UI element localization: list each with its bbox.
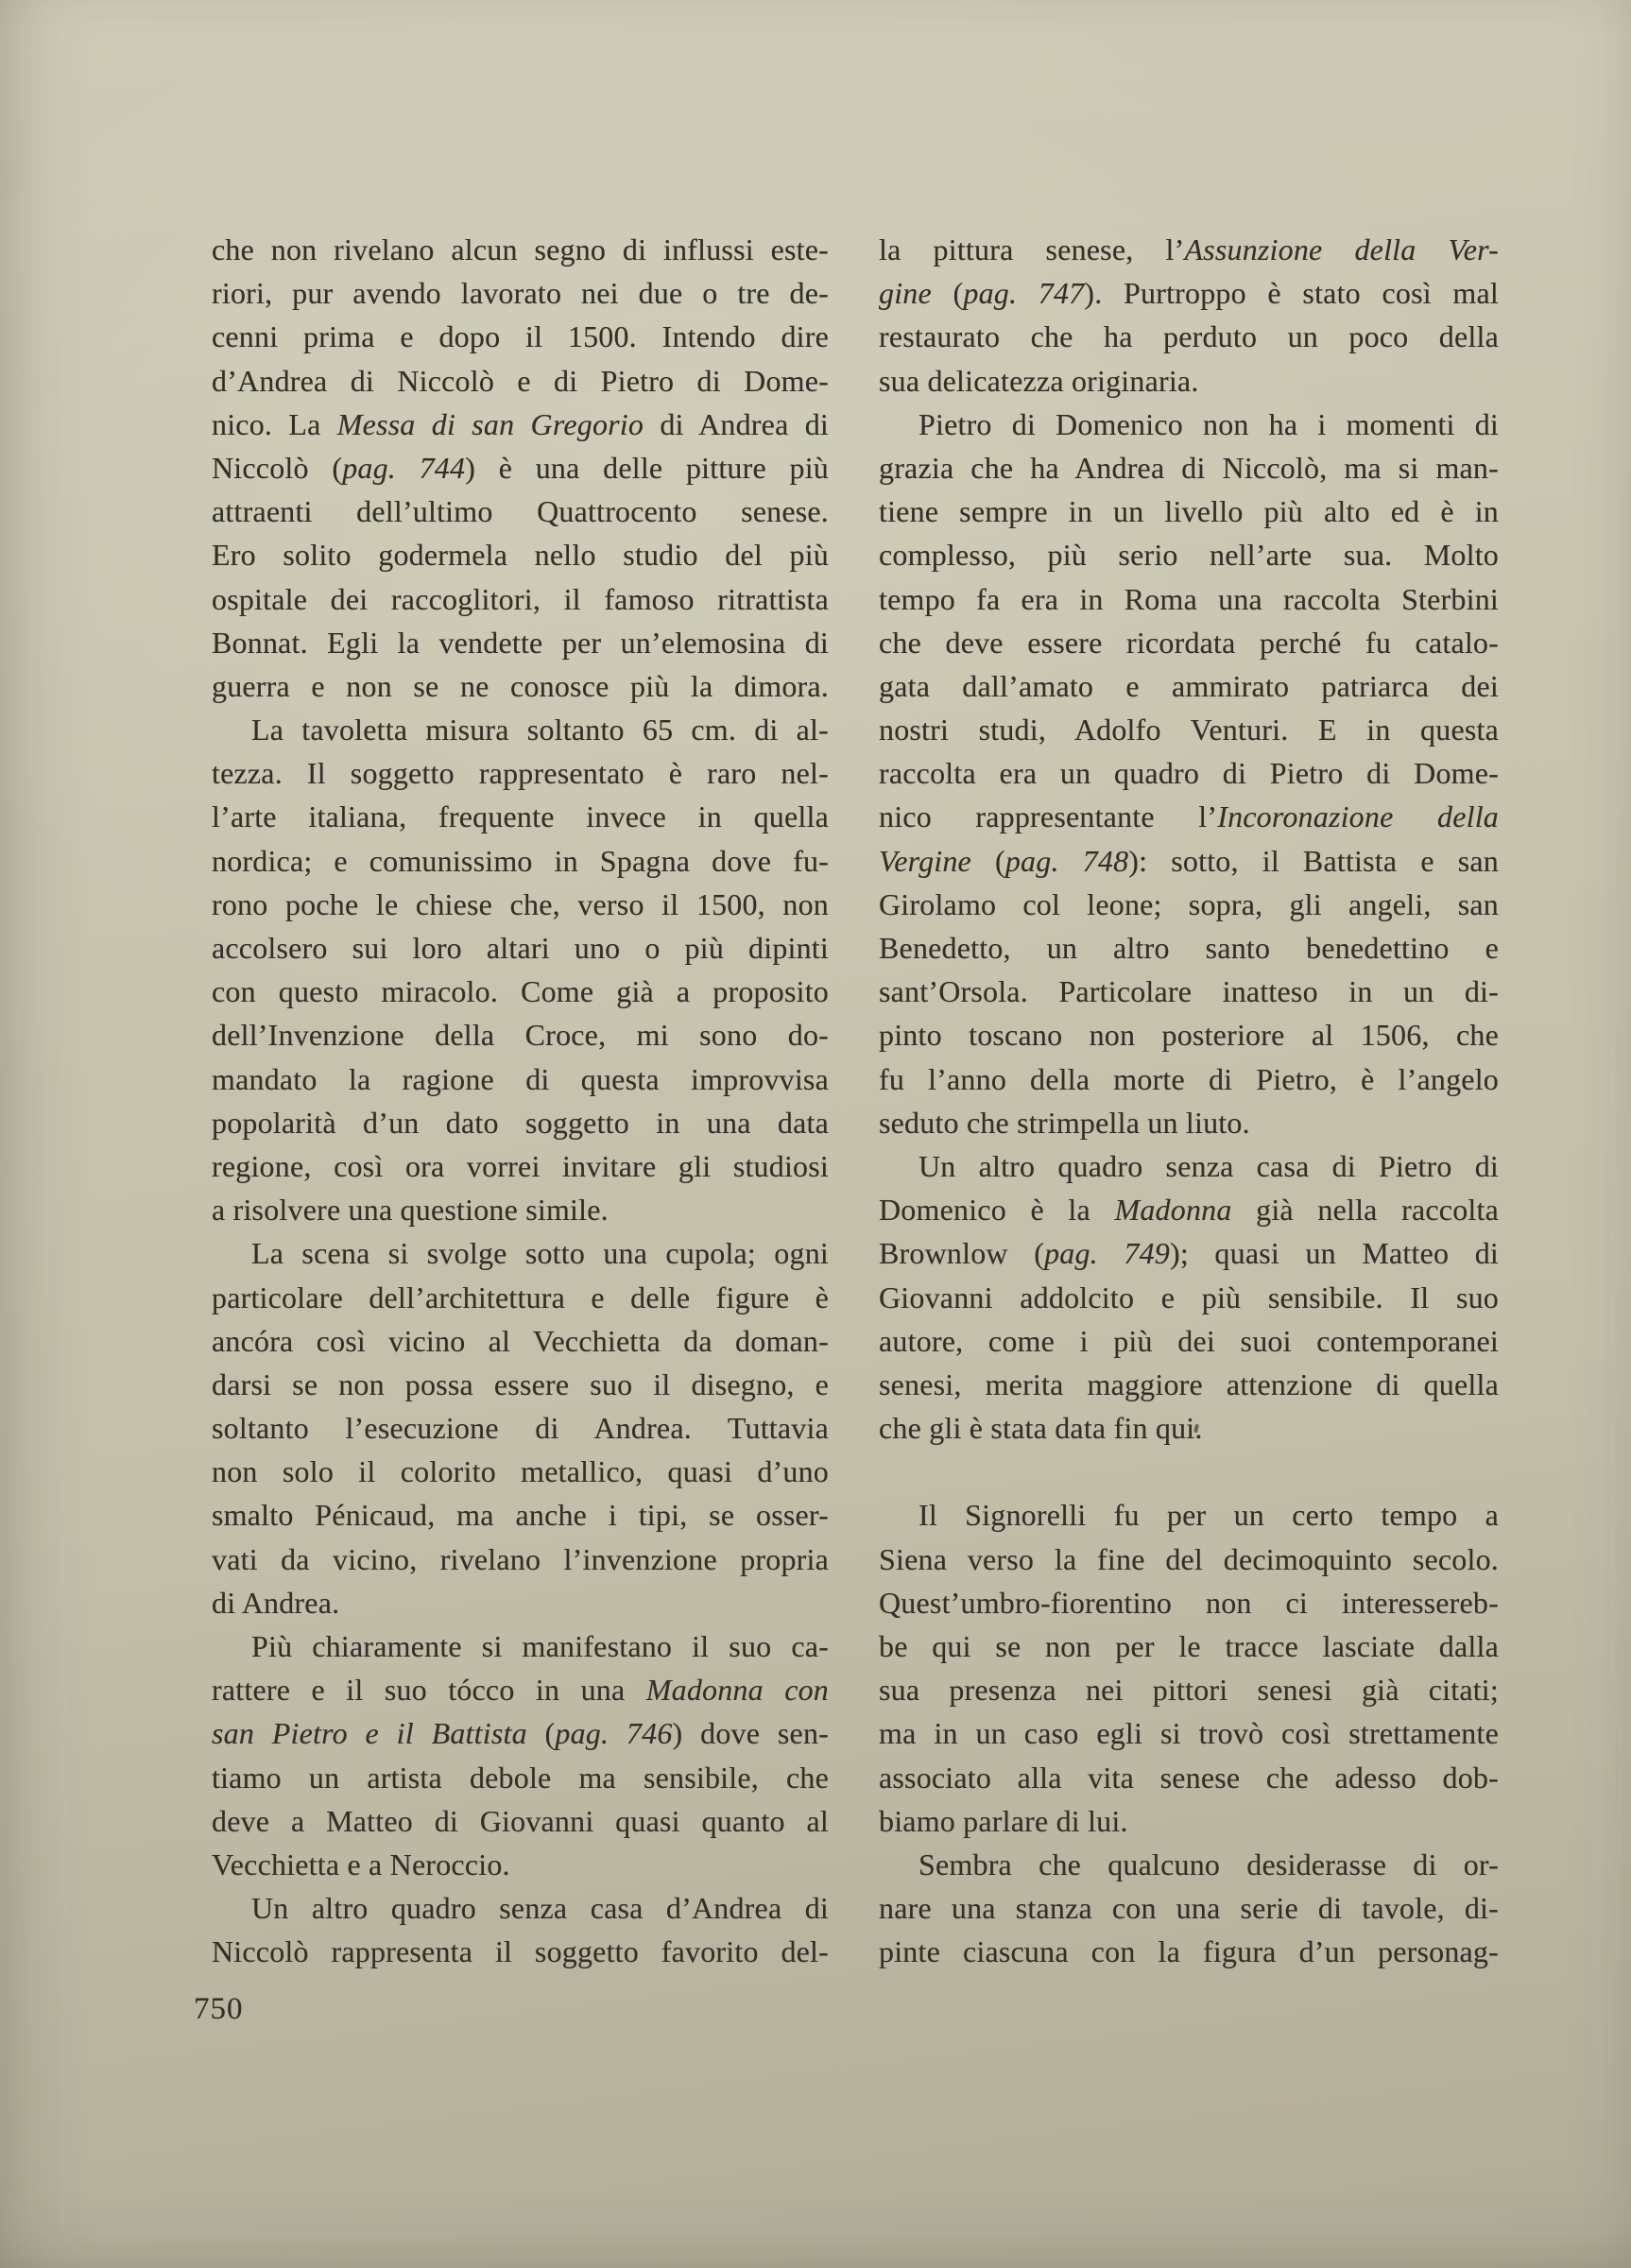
text-segment: nordica; e comunissimo in Spagna dove fu…: [212, 844, 829, 878]
italic-text-segment: san Pietro e il Battista: [212, 1716, 527, 1750]
text-segment: (: [527, 1716, 556, 1750]
text-line: Vecchietta e a Neroccio.: [212, 1843, 829, 1886]
text-segment: be qui se non per le tracce lasciate dal…: [879, 1629, 1499, 1663]
text-segment: vati da vicino, rivelano l’invenzione pr…: [212, 1542, 829, 1576]
italic-text-segment: Assunzione della Ver-: [1184, 232, 1499, 266]
text-segment: Benedetto, un altro santo benedettino e: [879, 931, 1499, 965]
text-segment: che gli è stata data fin qui.: [879, 1411, 1203, 1445]
text-segment: pinto toscano non posteriore al 1506, ch…: [879, 1018, 1499, 1052]
text-line: Bonnat. Egli la vendette per un’elemosin…: [212, 621, 829, 664]
text-line: tiamo un artista debole ma sensibile, ch…: [212, 1756, 829, 1799]
text-line: Brownlow (pag. 749); quasi un Matteo di: [879, 1231, 1499, 1275]
text-segment: Pietro di Domenico non ha i momenti di: [919, 407, 1499, 441]
text-line: autore, come i più dei suoi contemporane…: [879, 1319, 1499, 1363]
text-segment: dell’Invenzione della Croce, mi sono do-: [212, 1018, 829, 1052]
text-line: Sembra che qualcuno desiderasse di or-: [879, 1843, 1499, 1886]
text-segment: l’arte italiana, frequente invece in que…: [212, 799, 829, 833]
text-line: be qui se non per le tracce lasciate dal…: [879, 1624, 1499, 1668]
text-segment: Quest’umbro-fiorentino non ci interesser…: [879, 1586, 1499, 1620]
text-line: sua delicatezza originaria.: [879, 359, 1499, 403]
text-line: Ero solito godermela nello studio del pi…: [212, 533, 829, 576]
text-line: Domenico è la Madonna già nella raccolta: [879, 1188, 1499, 1231]
text-segment: con questo miracolo. Come già a proposit…: [212, 974, 829, 1008]
italic-text-segment: Madonna con: [646, 1673, 829, 1707]
text-line: smalto Pénicaud, ma anche i tipi, se oss…: [212, 1493, 829, 1537]
text-line: associato alla vita senese che adesso do…: [879, 1756, 1499, 1799]
text-line: seduto che strimpella un liuto.: [879, 1101, 1499, 1144]
text-line: Benedetto, un altro santo benedettino e: [879, 926, 1499, 970]
text-segment: già nella raccolta: [1232, 1193, 1499, 1227]
text-segment: tiene sempre in un livello più alto ed è…: [879, 494, 1499, 528]
text-line: ancóra così vicino al Vecchietta da doma…: [212, 1319, 829, 1363]
text-segment: rono poche le chiese che, verso il 1500,…: [212, 887, 829, 921]
text-segment: tiamo un artista debole ma sensibile, ch…: [212, 1761, 829, 1795]
italic-text-segment: pag. 749: [1044, 1236, 1170, 1270]
text-line: fu l’anno della morte di Pietro, è l’ang…: [879, 1057, 1499, 1101]
text-segment: deve a Matteo di Giovanni quasi quanto a…: [212, 1804, 829, 1838]
text-line: ma in un caso egli si trovò così stretta…: [879, 1711, 1499, 1755]
text-segment: pinte ciascuna con la figura d’un person…: [879, 1934, 1499, 1968]
text-segment: regione, così ora vorrei invitare gli st…: [212, 1149, 829, 1183]
text-segment: soltanto l’esecuzione di Andrea. Tuttavi…: [212, 1411, 829, 1445]
text-segment: sua delicatezza originaria.: [879, 364, 1199, 398]
text-segment: Il Signorelli fu per un certo tempo a: [919, 1498, 1499, 1532]
text-segment: nare una stanza con una serie di tavole,…: [879, 1891, 1499, 1925]
text-line: regione, così ora vorrei invitare gli st…: [212, 1144, 829, 1188]
text-line: nico. La Messa di san Gregorio di Andrea…: [212, 403, 829, 446]
text-line: vati da vicino, rivelano l’invenzione pr…: [212, 1538, 829, 1581]
text-line: Il Signorelli fu per un certo tempo a: [879, 1493, 1499, 1537]
text-line: particolare dell’architettura e delle fi…: [212, 1276, 829, 1319]
text-segment: complesso, più serio nell’arte sua. Molt…: [879, 538, 1499, 572]
text-segment: guerra e non se ne conosce più la dimora…: [212, 669, 829, 703]
text-line: rattere e il suo tócco in una Madonna co…: [212, 1668, 829, 1711]
text-line: pinto toscano non posteriore al 1506, ch…: [879, 1013, 1499, 1057]
text-segment: fu l’anno della morte di Pietro, è l’ang…: [879, 1062, 1499, 1096]
italic-text-segment: Messa di san Gregorio: [337, 407, 644, 441]
text-segment: ospitale dei raccoglitori, il famoso rit…: [212, 582, 829, 616]
text-line: Niccolò (pag. 744) è una delle pitture p…: [212, 446, 829, 490]
text-segment: cenni prima e dopo il 1500. Intendo dire: [212, 319, 829, 353]
text-line: a risolvere una questione simile.: [212, 1188, 829, 1231]
text-line: La scena si svolge sotto una cupola; ogn…: [212, 1231, 829, 1275]
page-number: 750: [194, 1987, 244, 2031]
text-segment: darsi se non possa essere suo il disegno…: [212, 1367, 829, 1401]
text-line: Quest’umbro-fiorentino non ci interesser…: [879, 1581, 1499, 1624]
text-segment: di Andrea.: [212, 1586, 339, 1620]
text-line: tezza. Il soggetto rappresentato è raro …: [212, 751, 829, 795]
text-line: mandato la ragione di questa improvvisa: [212, 1057, 829, 1101]
text-segment: smalto Pénicaud, ma anche i tipi, se oss…: [212, 1498, 829, 1532]
text-line: nico rappresentante l’Incoronazione dell…: [879, 795, 1499, 838]
text-segment: autore, come i più dei suoi contemporane…: [879, 1324, 1499, 1358]
text-segment: attraenti dell’ultimo Quattrocento senes…: [212, 494, 829, 528]
text-segment: che non rivelano alcun segno di influssi…: [212, 232, 829, 266]
text-line: deve a Matteo di Giovanni quasi quanto a…: [212, 1799, 829, 1843]
text-line: restaurato che ha perduto un poco della: [879, 315, 1499, 358]
text-line: ospitale dei raccoglitori, il famoso rit…: [212, 577, 829, 621]
text-line: l’arte italiana, frequente invece in que…: [212, 795, 829, 838]
text-segment: la pittura senese, l’: [879, 232, 1184, 266]
text-segment: (: [971, 844, 1005, 878]
text-segment: Niccolò (: [212, 451, 342, 485]
text-segment: ) è una delle pitture più: [465, 451, 829, 485]
text-segment: tezza. Il soggetto rappresentato è raro …: [212, 756, 829, 790]
text-line: rono poche le chiese che, verso il 1500,…: [212, 883, 829, 926]
text-segment: Un altro quadro senza casa d’Andrea di: [251, 1891, 829, 1925]
text-line: nordica; e comunissimo in Spagna dove fu…: [212, 839, 829, 883]
text-segment: nico rappresentante l’: [879, 799, 1217, 833]
text-segment: ); quasi un Matteo di: [1170, 1236, 1499, 1270]
text-segment: nostri studi, Adolfo Venturi. E in quest…: [879, 713, 1499, 747]
text-line: biamo parlare di lui.: [879, 1799, 1499, 1843]
text-segment: biamo parlare di lui.: [879, 1804, 1128, 1838]
text-segment: a risolvere una questione simile.: [212, 1193, 609, 1227]
text-segment: tempo fa era in Roma una raccolta Sterbi…: [879, 582, 1499, 616]
text-line: nostri studi, Adolfo Venturi. E in quest…: [879, 708, 1499, 751]
text-segment: nico. La: [212, 407, 337, 441]
text-line: senesi, merita maggiore attenzione di qu…: [879, 1363, 1499, 1406]
text-segment: gata dall’amato e ammirato patriarca dei: [879, 669, 1499, 703]
text-segment: Vecchietta e a Neroccio.: [212, 1847, 510, 1881]
text-segment: ). Purtroppo è stato così mal: [1084, 276, 1499, 310]
text-line: La tavoletta misura soltanto 65 cm. di a…: [212, 708, 829, 751]
text-line: con questo miracolo. Come già a proposit…: [212, 970, 829, 1013]
text-segment: sua presenza nei pittori senesi già cita…: [879, 1673, 1499, 1707]
text-line: Siena verso la fine del decimoquinto sec…: [879, 1538, 1499, 1581]
text-segment: ancóra così vicino al Vecchietta da doma…: [212, 1324, 829, 1358]
text-line: accolsero sui loro altari uno o più dipi…: [212, 926, 829, 970]
text-line: dell’Invenzione della Croce, mi sono do-: [212, 1013, 829, 1057]
italic-text-segment: pag. 744: [342, 451, 465, 485]
text-line: pinte ciascuna con la figura d’un person…: [879, 1930, 1499, 1973]
text-line: complesso, più serio nell’arte sua. Molt…: [879, 533, 1499, 576]
text-segment: Bonnat. Egli la vendette per un’elemosin…: [212, 626, 829, 660]
text-line: che gli è stata data fin qui.: [879, 1406, 1499, 1450]
text-column-left: che non rivelano alcun segno di influssi…: [212, 228, 829, 1974]
text-segment: Niccolò rappresenta il soggetto favorito…: [212, 1934, 829, 1968]
italic-text-segment: Incoronazione della: [1217, 799, 1499, 833]
text-segment: senesi, merita maggiore attenzione di qu…: [879, 1367, 1499, 1401]
text-segment: d’Andrea di Niccolò e di Pietro di Dome-: [212, 364, 829, 398]
text-line: la pittura senese, l’Assunzione della Ve…: [879, 228, 1499, 271]
text-segment: di Andrea di: [644, 407, 829, 441]
text-line: riori, pur avendo lavorato nei due o tre…: [212, 271, 829, 315]
text-line: Un altro quadro senza casa d’Andrea di: [212, 1886, 829, 1930]
text-line: raccolta era un quadro di Pietro di Dome…: [879, 751, 1499, 795]
text-line: che deve essere ricordata perché fu cata…: [879, 621, 1499, 664]
text-line: sant’Orsola. Particolare inatteso in un …: [879, 970, 1499, 1013]
text-line: d’Andrea di Niccolò e di Pietro di Dome-: [212, 359, 829, 403]
italic-text-segment: Vergine: [879, 844, 971, 878]
text-segment: Siena verso la fine del decimoquinto sec…: [879, 1542, 1499, 1576]
text-segment: seduto che strimpella un liuto.: [879, 1106, 1250, 1140]
text-segment: accolsero sui loro altari uno o più dipi…: [212, 931, 829, 965]
book-page: che non rivelano alcun segno di influssi…: [0, 0, 1631, 2268]
text-line: Giovanni addolcito e più sensibile. Il s…: [879, 1276, 1499, 1319]
text-line: nare una stanza con una serie di tavole,…: [879, 1886, 1499, 1930]
text-line: di Andrea.: [212, 1581, 829, 1624]
text-segment: ) dove sen-: [673, 1716, 829, 1750]
text-segment: Ero solito godermela nello studio del pi…: [212, 538, 829, 572]
text-segment: Brownlow (: [879, 1236, 1044, 1270]
text-segment: Sembra che qualcuno desiderasse di or-: [919, 1847, 1499, 1881]
text-segment: restaurato che ha perduto un poco della: [879, 319, 1499, 353]
text-line: darsi se non possa essere suo il disegno…: [212, 1363, 829, 1406]
text-segment: (: [932, 276, 963, 310]
text-line: Più chiaramente si manifestano il suo ca…: [212, 1624, 829, 1668]
text-segment: riori, pur avendo lavorato nei due o tre…: [212, 276, 829, 310]
text-line: soltanto l’esecuzione di Andrea. Tuttavi…: [212, 1406, 829, 1450]
text-line: tempo fa era in Roma una raccolta Sterbi…: [879, 577, 1499, 621]
text-segment: sant’Orsola. Particolare inatteso in un …: [879, 974, 1499, 1008]
text-line: Vergine (pag. 748): sotto, il Battista e…: [879, 839, 1499, 883]
italic-text-segment: pag. 748: [1005, 844, 1128, 878]
text-segment: associato alla vita senese che adesso do…: [879, 1761, 1499, 1795]
text-line: san Pietro e il Battista (pag. 746) dove…: [212, 1711, 829, 1755]
text-line: sua presenza nei pittori senesi già cita…: [879, 1668, 1499, 1711]
text-line: Un altro quadro senza casa di Pietro di: [879, 1144, 1499, 1188]
italic-text-segment: pag. 747: [963, 276, 1084, 310]
text-segment: Un altro quadro senza casa di Pietro di: [919, 1149, 1499, 1183]
text-segment: Giovanni addolcito e più sensibile. Il s…: [879, 1280, 1499, 1314]
text-segment: Più chiaramente si manifestano il suo ca…: [251, 1629, 829, 1663]
text-segment: La tavoletta misura soltanto 65 cm. di a…: [251, 713, 829, 747]
text-segment: popolarità d’un dato soggetto in una dat…: [212, 1106, 829, 1140]
text-segment: grazia che ha Andrea di Niccolò, ma si m…: [879, 451, 1499, 485]
text-segment: rattere e il suo tócco in una: [212, 1673, 646, 1707]
italic-text-segment: pag. 746: [555, 1716, 672, 1750]
text-segment: mandato la ragione di questa improvvisa: [212, 1062, 829, 1096]
text-line: gata dall’amato e ammirato patriarca dei: [879, 664, 1499, 708]
text-segment: raccolta era un quadro di Pietro di Dome…: [879, 756, 1499, 790]
text-line: tiene sempre in un livello più alto ed è…: [879, 490, 1499, 533]
text-line: Niccolò rappresenta il soggetto favorito…: [212, 1930, 829, 1973]
text-segment: ): sotto, il Battista e san: [1128, 844, 1499, 878]
text-segment: particolare dell’architettura e delle fi…: [212, 1280, 829, 1314]
text-line: attraenti dell’ultimo Quattrocento senes…: [212, 490, 829, 533]
text-line: guerra e non se ne conosce più la dimora…: [212, 664, 829, 708]
text-line: grazia che ha Andrea di Niccolò, ma si m…: [879, 446, 1499, 490]
text-line: Girolamo col leone; sopra, gli angeli, s…: [879, 883, 1499, 926]
text-line: non solo il colorito metallico, quasi d’…: [212, 1450, 829, 1493]
text-line: gine (pag. 747). Purtroppo è stato così …: [879, 271, 1499, 315]
text-line: cenni prima e dopo il 1500. Intendo dire: [212, 315, 829, 358]
text-line: che non rivelano alcun segno di influssi…: [212, 228, 829, 271]
text-line: popolarità d’un dato soggetto in una dat…: [212, 1101, 829, 1144]
text-segment: Domenico è la: [879, 1193, 1115, 1227]
text-segment: non solo il colorito metallico, quasi d’…: [212, 1454, 829, 1488]
text-column-right: la pittura senese, l’Assunzione della Ve…: [879, 228, 1499, 1974]
italic-text-segment: Madonna: [1115, 1193, 1232, 1227]
text-segment: Girolamo col leone; sopra, gli angeli, s…: [879, 887, 1499, 921]
text-segment: che deve essere ricordata perché fu cata…: [879, 626, 1499, 660]
text-segment: La scena si svolge sotto una cupola; ogn…: [251, 1236, 829, 1270]
text-segment: ma in un caso egli si trovò così stretta…: [879, 1716, 1499, 1750]
italic-text-segment: gine: [879, 276, 932, 310]
blank-line: [879, 1450, 1499, 1493]
text-line: Pietro di Domenico non ha i momenti di: [879, 403, 1499, 446]
